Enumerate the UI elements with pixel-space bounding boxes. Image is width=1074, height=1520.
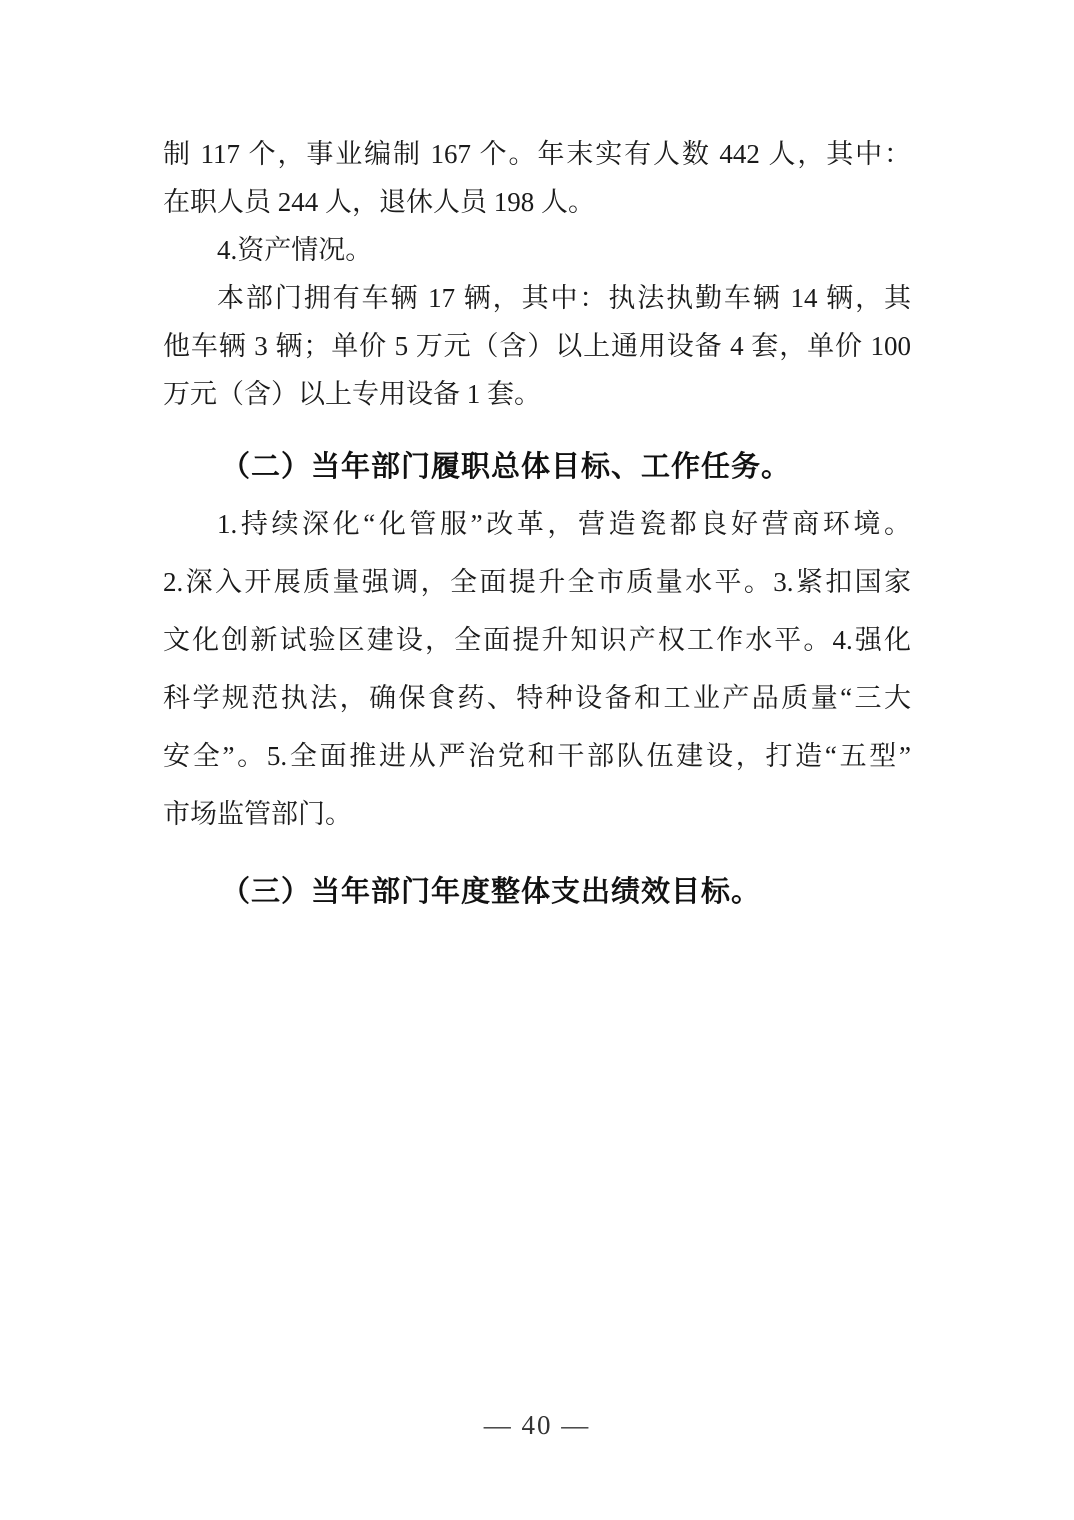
heading-section-3-performance-goals: （三）当年部门年度整体支出绩效目标。 xyxy=(163,868,911,916)
heading-section-2-goals-tasks: （二）当年部门履职总体目标、工作任务。 xyxy=(163,443,911,491)
paragraph-annual-tasks: 1.持续深化“化管服”改革，营造瓷都良好营商环境。 2.深入开展质量强调，全面提… xyxy=(163,495,911,843)
paragraph-staffing-and-assets: 制 117 个，事业编制 167 个。年末实有人数 442 人，其中： 在职人员… xyxy=(163,130,911,418)
text-line: 制 117 个，事业编制 167 个。年末实有人数 442 人，其中： xyxy=(163,130,911,178)
document-page: 制 117 个，事业编制 167 个。年末实有人数 442 人，其中： 在职人员… xyxy=(0,0,1074,1520)
page-number: — 40 — xyxy=(0,1405,1074,1445)
text-line: 在职人员 244 人，退休人员 198 人。 xyxy=(163,178,911,226)
text-line: 安全”。5.全面推进从严治党和干部队伍建设，打造“五型” xyxy=(163,727,911,785)
text-line: 4.资产情况。 xyxy=(163,226,911,274)
text-line: 万元（含）以上专用设备 1 套。 xyxy=(163,370,911,418)
text-line: 本部门拥有车辆 17 辆，其中：执法执勤车辆 14 辆，其 xyxy=(163,274,911,322)
text-line: 他车辆 3 辆；单价 5 万元（含）以上通用设备 4 套，单价 100 xyxy=(163,322,911,370)
text-line: 2.深入开展质量强调，全面提升全市质量水平。3.紧扣国家 xyxy=(163,553,911,611)
text-line: 文化创新试验区建设，全面提升知识产权工作水平。4.强化 xyxy=(163,611,911,669)
text-line: 市场监管部门。 xyxy=(163,785,911,843)
text-line: 科学规范执法，确保食药、特种设备和工业产品质量“三大 xyxy=(163,669,911,727)
text-line: 1.持续深化“化管服”改革，营造瓷都良好营商环境。 xyxy=(163,495,911,553)
